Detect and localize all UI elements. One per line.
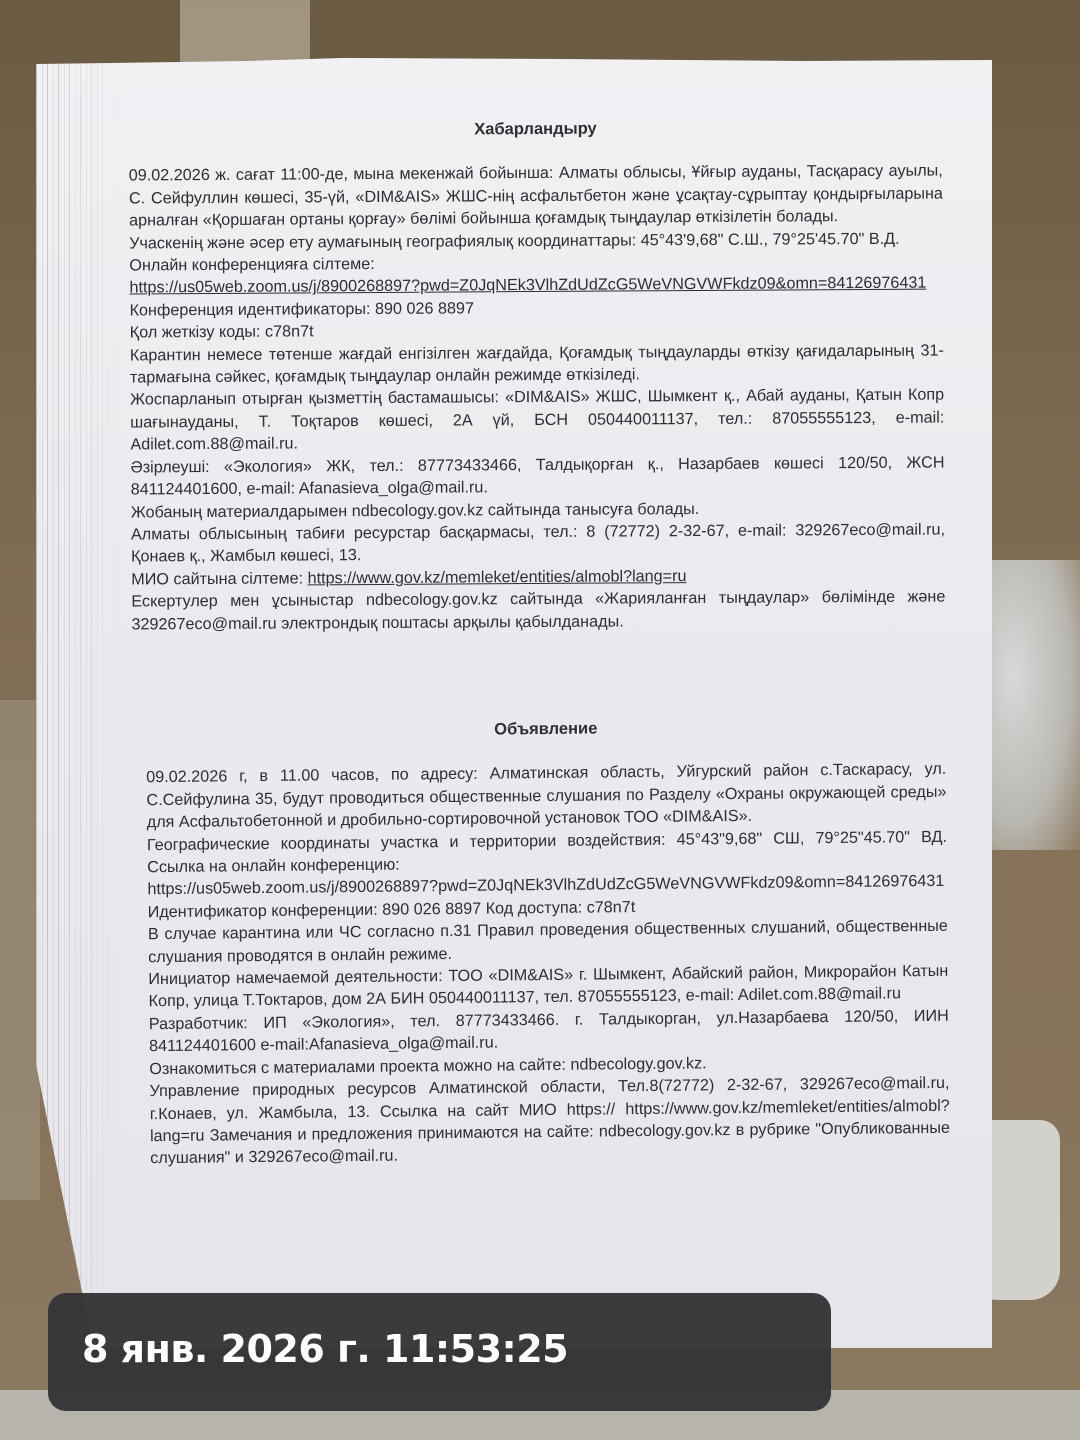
kazakh-notice-intro: 09.02.2026 ж. сағат 11:00-де, мына мекен…	[129, 160, 943, 232]
notice-sheet: Хабарландыру 09.02.2026 ж. сағат 11:00-д…	[36, 58, 992, 1348]
photo-timestamp: 8 янв. 2026 г. 11:53:25	[82, 1327, 568, 1371]
kazakh-notice-title: Хабарландыру	[128, 116, 942, 143]
kazakh-quarantine-note: Карантин немесе төтенше жағдай енгізілге…	[130, 339, 944, 389]
russian-notice: Объявление 09.02.2026 г, в 11.00 часов, …	[146, 714, 951, 1170]
russian-notice-title: Объявление	[146, 714, 946, 745]
russian-conference-details: Идентификатор конференции: 890 026 8897 …	[148, 898, 636, 921]
kazakh-developer: Әзірлеуші: «Экология» ЖК, тел.: 87773433…	[130, 451, 944, 501]
kazakh-initiator: Жоспарланып отырған қызметтің бастамашыс…	[130, 384, 944, 456]
wall-background	[0, 700, 40, 1200]
kazakh-mio-label: МИО сайтына сілтеме:	[131, 569, 303, 588]
russian-authority: Управление природных ресурсов Алматинско…	[149, 1072, 950, 1170]
kazakh-notice: Хабарландыру 09.02.2026 ж. сағат 11:00-д…	[128, 116, 945, 636]
timestamp-overlay: 8 янв. 2026 г. 11:53:25	[48, 1293, 831, 1411]
kazakh-mio-link[interactable]: https://www.gov.kz/memleket/entities/alm…	[308, 567, 687, 587]
kazakh-authority: Алматы облысының табиғи ресурстар басқар…	[131, 518, 945, 568]
paper-stack-edge	[36, 58, 126, 1348]
russian-notice-intro: 09.02.2026 г, в 11.00 часов, по адресу: …	[146, 758, 947, 834]
kazakh-comments: Ескертулер мен ұсыныстар ndbecology.gov.…	[131, 586, 945, 636]
